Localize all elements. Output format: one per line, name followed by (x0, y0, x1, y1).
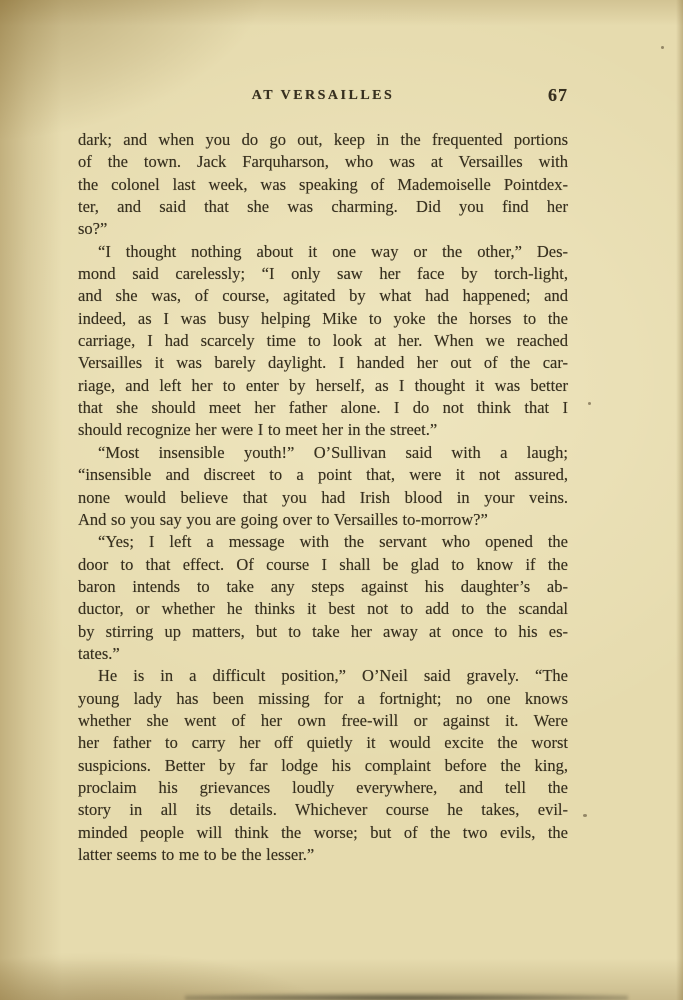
text-line: baron intends to take any steps against … (78, 576, 568, 598)
text-line: indeed, as I was busy helping Mike to yo… (78, 308, 568, 330)
paper-stain-speck (588, 402, 591, 405)
text-line: young lady has been missing for a fortni… (78, 688, 568, 710)
text-line: by stirring up matters, but to take her … (78, 621, 568, 643)
paragraph: “Most insensible youth!” O’Sullivan said… (78, 442, 568, 531)
text-line: latter seems to me to be the lesser.” (78, 844, 568, 866)
text-line: ter, and said that she was charming. Did… (78, 196, 568, 218)
text-line: “Most insensible youth!” O’Sullivan said… (78, 442, 568, 464)
paper-stain-speck (583, 814, 587, 817)
text-line: minded people will think the worse; but … (78, 822, 568, 844)
paragraph: “I thought nothing about it one way or t… (78, 241, 568, 442)
page-number: 67 (548, 85, 568, 106)
text-line: “insensible and discreet to a point that… (78, 464, 568, 486)
text-line: tates.” (78, 643, 568, 665)
paper-stain-speck (661, 46, 664, 49)
text-line: mond said carelessly; “I only saw her fa… (78, 263, 568, 285)
paragraph: He is in a difficult position,” O’Neil s… (78, 665, 568, 866)
text-line: dark; and when you do go out, keep in th… (78, 129, 568, 151)
text-line: and she was, of course, agitated by what… (78, 285, 568, 307)
paragraph: “Yes; I left a message with the servant … (78, 531, 568, 665)
text-line: so?” (78, 218, 568, 240)
text-line: ductor, or whether he thinks it best not… (78, 598, 568, 620)
text-line: story in all its details. Whichever cour… (78, 799, 568, 821)
text-line: whether she went of her own free-will or… (78, 710, 568, 732)
text-line: that she should meet her father alone. I… (78, 397, 568, 419)
page-header: AT VERSAILLES 67 (78, 88, 568, 110)
page-bottom-shadow (185, 993, 628, 1000)
text-line: And so you say you are going over to Ver… (78, 509, 568, 531)
running-title: AT VERSAILLES (78, 88, 568, 104)
text-line: her father to carry her off quietly it w… (78, 732, 568, 754)
text-line: of the town. Jack Farquharson, who was a… (78, 151, 568, 173)
text-line: riage, and left her to enter by herself,… (78, 375, 568, 397)
text-line: “I thought nothing about it one way or t… (78, 241, 568, 263)
body-text: dark; and when you do go out, keep in th… (78, 129, 568, 866)
text-line: the colonel last week, was speaking of M… (78, 174, 568, 196)
text-line: none would believe that you had Irish bl… (78, 487, 568, 509)
text-line: should recognize her were I to meet her … (78, 419, 568, 441)
text-line: suspicions. Better by far lodge his comp… (78, 755, 568, 777)
text-line: Versailles it was barely daylight. I han… (78, 352, 568, 374)
text-line: proclaim his grievances loudly everywher… (78, 777, 568, 799)
text-line: carriage, I had scarcely time to look at… (78, 330, 568, 352)
text-line: “Yes; I left a message with the servant … (78, 531, 568, 553)
text-line: He is in a difficult position,” O’Neil s… (78, 665, 568, 687)
book-page-scan: AT VERSAILLES 67 dark; and when you do g… (0, 0, 683, 1000)
paragraph: dark; and when you do go out, keep in th… (78, 129, 568, 241)
text-line: door to that effect. Of course I shall b… (78, 554, 568, 576)
